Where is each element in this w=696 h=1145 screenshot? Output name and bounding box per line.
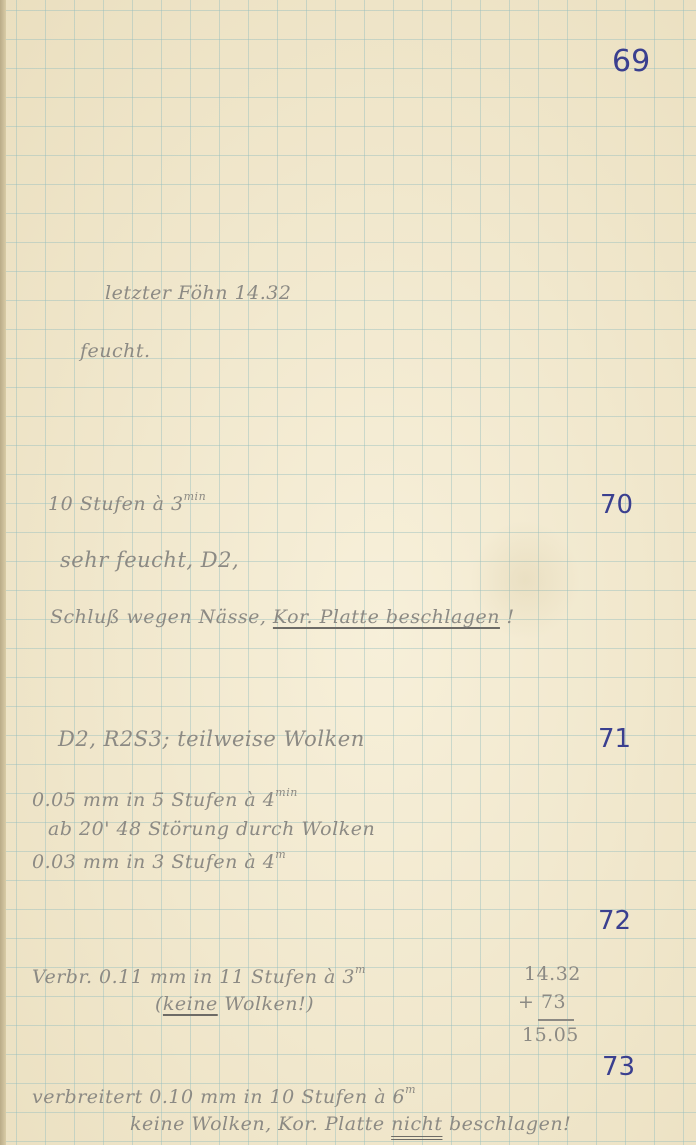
note-005-mm: 0.05 mm in 5 Stufen à 4min — [32, 786, 298, 811]
note-verbr-011: Verbr. 0.11 mm in 11 Stufen à 3m — [32, 963, 366, 988]
unit-superscript: m — [355, 963, 366, 976]
note-text: 10 Stufen à 3 — [48, 493, 184, 515]
note-sehr-feucht: sehr feucht, D2, — [60, 548, 239, 572]
note-feucht: feucht. — [80, 340, 151, 362]
note-text: ! — [500, 606, 515, 628]
note-d2-r2s3: D2, R2S3; teilweise Wolken — [58, 727, 365, 751]
unit-superscript: min — [275, 786, 298, 799]
calc-operand-b: + 73 — [518, 991, 566, 1013]
notebook-binding-edge — [0, 0, 6, 1145]
note-text: 0.03 mm in 3 Stufen à 4 — [32, 851, 275, 873]
page-number: 69 — [612, 44, 650, 79]
note-10-stufen: 10 Stufen à 3min — [48, 490, 206, 515]
margin-number-71: 71 — [598, 724, 631, 754]
calc-sum-line — [538, 1019, 574, 1021]
double-underlined-text: nicht — [391, 1113, 442, 1135]
unit-superscript: m — [405, 1083, 416, 1096]
note-text: beschlagen! — [442, 1113, 571, 1135]
underlined-text: keine — [163, 993, 218, 1015]
unit-superscript: min — [184, 490, 207, 503]
note-003-mm: 0.03 mm in 3 Stufen à 4m — [32, 848, 286, 873]
calc-operand-a: 14.32 — [524, 963, 581, 985]
note-schluss-naesse: Schluß wegen Nässe, Kor. Platte beschlag… — [50, 606, 515, 628]
unit-superscript: m — [275, 848, 286, 861]
note-verbreitert-010: verbreitert 0.10 mm in 10 Stufen à 6m — [32, 1083, 416, 1108]
note-text: Schluß wegen Nässe, — [50, 606, 273, 628]
note-text: ( — [155, 993, 163, 1015]
note-text: keine Wolken, Kor. Platte — [130, 1113, 391, 1135]
note-platte-nicht-beschlagen: keine Wolken, Kor. Platte nicht beschlag… — [130, 1113, 571, 1135]
margin-number-73: 73 — [602, 1052, 635, 1082]
note-text: Verbr. 0.11 mm in 11 Stufen à 3 — [32, 966, 355, 988]
note-text: 0.05 mm in 5 Stufen à 4 — [32, 789, 275, 811]
margin-number-70: 70 — [600, 490, 633, 520]
note-text: Wolken!) — [218, 993, 314, 1015]
note-keine-wolken: (keine Wolken!) — [155, 993, 314, 1015]
margin-number-72: 72 — [598, 906, 631, 936]
note-text: verbreitert 0.10 mm in 10 Stufen à 6 — [32, 1086, 405, 1108]
calc-result: 15.05 — [522, 1024, 579, 1046]
note-letzter-foehn: letzter Föhn 14.32 — [105, 282, 291, 304]
underlined-text: Kor. Platte beschlagen — [273, 606, 500, 628]
note-stoerung-wolken: ab 20' 48 Störung durch Wolken — [48, 818, 375, 840]
